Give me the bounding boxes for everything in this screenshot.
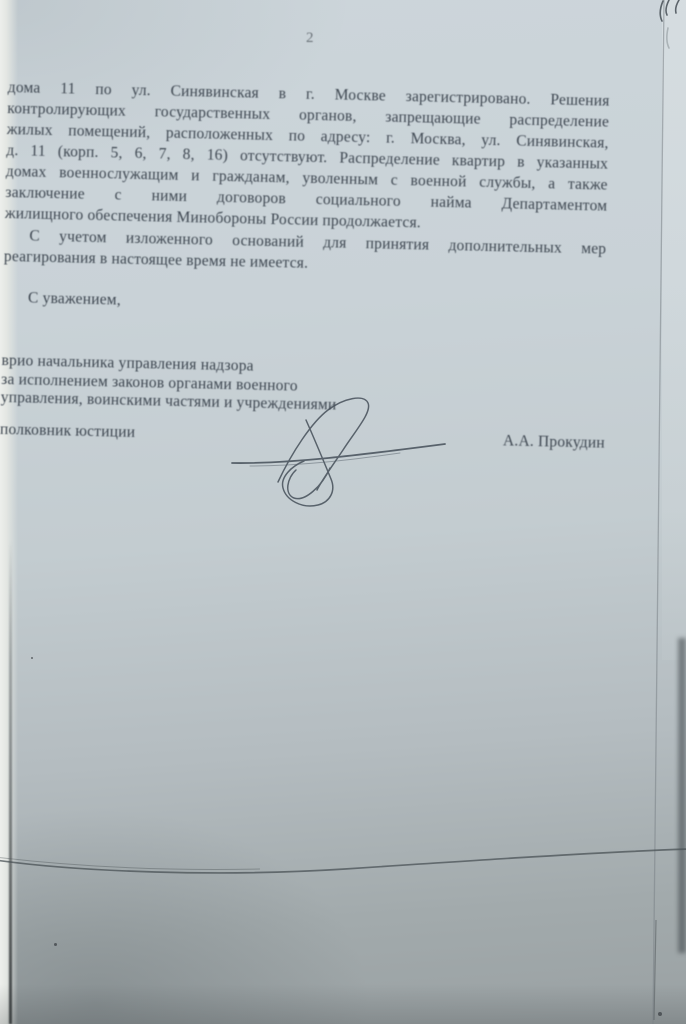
photographed-document-page: 2 дома 11 по ул. Синявинская в г. Москве…	[0, 0, 686, 1024]
page-right-edge-shadow	[678, 638, 686, 953]
page-right-edge-strip	[662, 0, 686, 660]
signer-rank: полковник юстиции	[0, 418, 135, 442]
signer-name: А.А. Прокудин	[503, 430, 605, 453]
signoff-block: врио начальника управления надзора за ис…	[1, 352, 604, 421]
closing-salutation: С уважением,	[3, 287, 605, 322]
page-left-crease-shadow	[9, 540, 12, 1024]
signature-row: полковник юстиции А.А. Прокудин	[0, 418, 605, 453]
photo-bottom-shadow	[0, 984, 686, 1024]
paper-speck	[54, 943, 57, 946]
letter-body: дома 11 по ул. Синявинская в г. Москве з…	[0, 77, 610, 453]
page-number: 2	[306, 30, 314, 47]
paper-speck	[31, 657, 33, 659]
paper-speck	[658, 1012, 662, 1016]
